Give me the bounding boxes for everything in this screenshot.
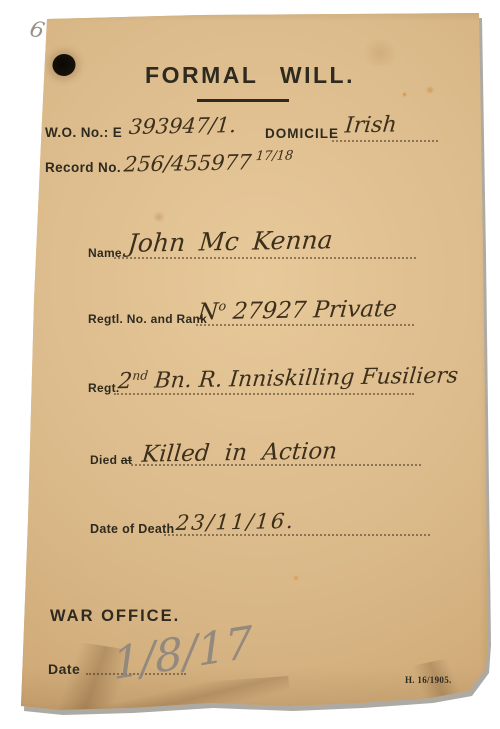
war-office-heading: WAR OFFICE. [50,607,180,626]
record-no-label: Record No. [45,160,121,175]
regt-prefix: 2 [117,369,133,394]
regt-superscript: nd [132,368,149,382]
wo-no-value: 393947/1. [128,113,237,139]
date-of-death-value: 23/11/16. [175,509,296,535]
pencil-margin-mark: 6 [27,17,47,45]
regt-value: 2nd Bn. R. Inniskilling Fusiliers [117,363,459,394]
regtl-no-rank-value: No 27927 Private [197,295,398,325]
form-code: H. 16/1905. [405,675,452,685]
date-of-death-label: Date of Death [90,522,174,536]
regtl-no-rank-label: Regtl. No. and Rank [88,312,207,326]
name-value: John Mc Kenna [127,225,334,258]
died-word: Died [90,453,117,467]
title-underline [197,99,289,102]
scanned-document: 6 FORMAL WILL. W.O. No.: E 393947/1. DOM… [0,0,500,729]
wo-no-label: W.O. No.: E [45,125,122,140]
dotted-line [332,140,438,142]
record-no-value: 256/45597717/18 [123,150,294,177]
regt-rest: Bn. R. Inniskilling Fusiliers [146,363,459,393]
domicile-value: Irish [344,113,398,139]
date-value-pencil: 1/8/17 [112,617,255,690]
died-at-value: Killed in Action [141,438,338,467]
regtl-rest: 27927 Private [225,296,398,325]
record-no-fraction: 17/18 [255,149,294,165]
date-label: Date [48,661,80,677]
record-no-number: 256/455977 [123,150,252,176]
page-title: FORMAL WILL. [0,62,500,89]
domicile-label: DOMICILE [265,126,339,141]
dotted-line [114,257,416,259]
regtl-prefix: N [197,299,219,325]
died-at-label: Died at [90,453,132,467]
